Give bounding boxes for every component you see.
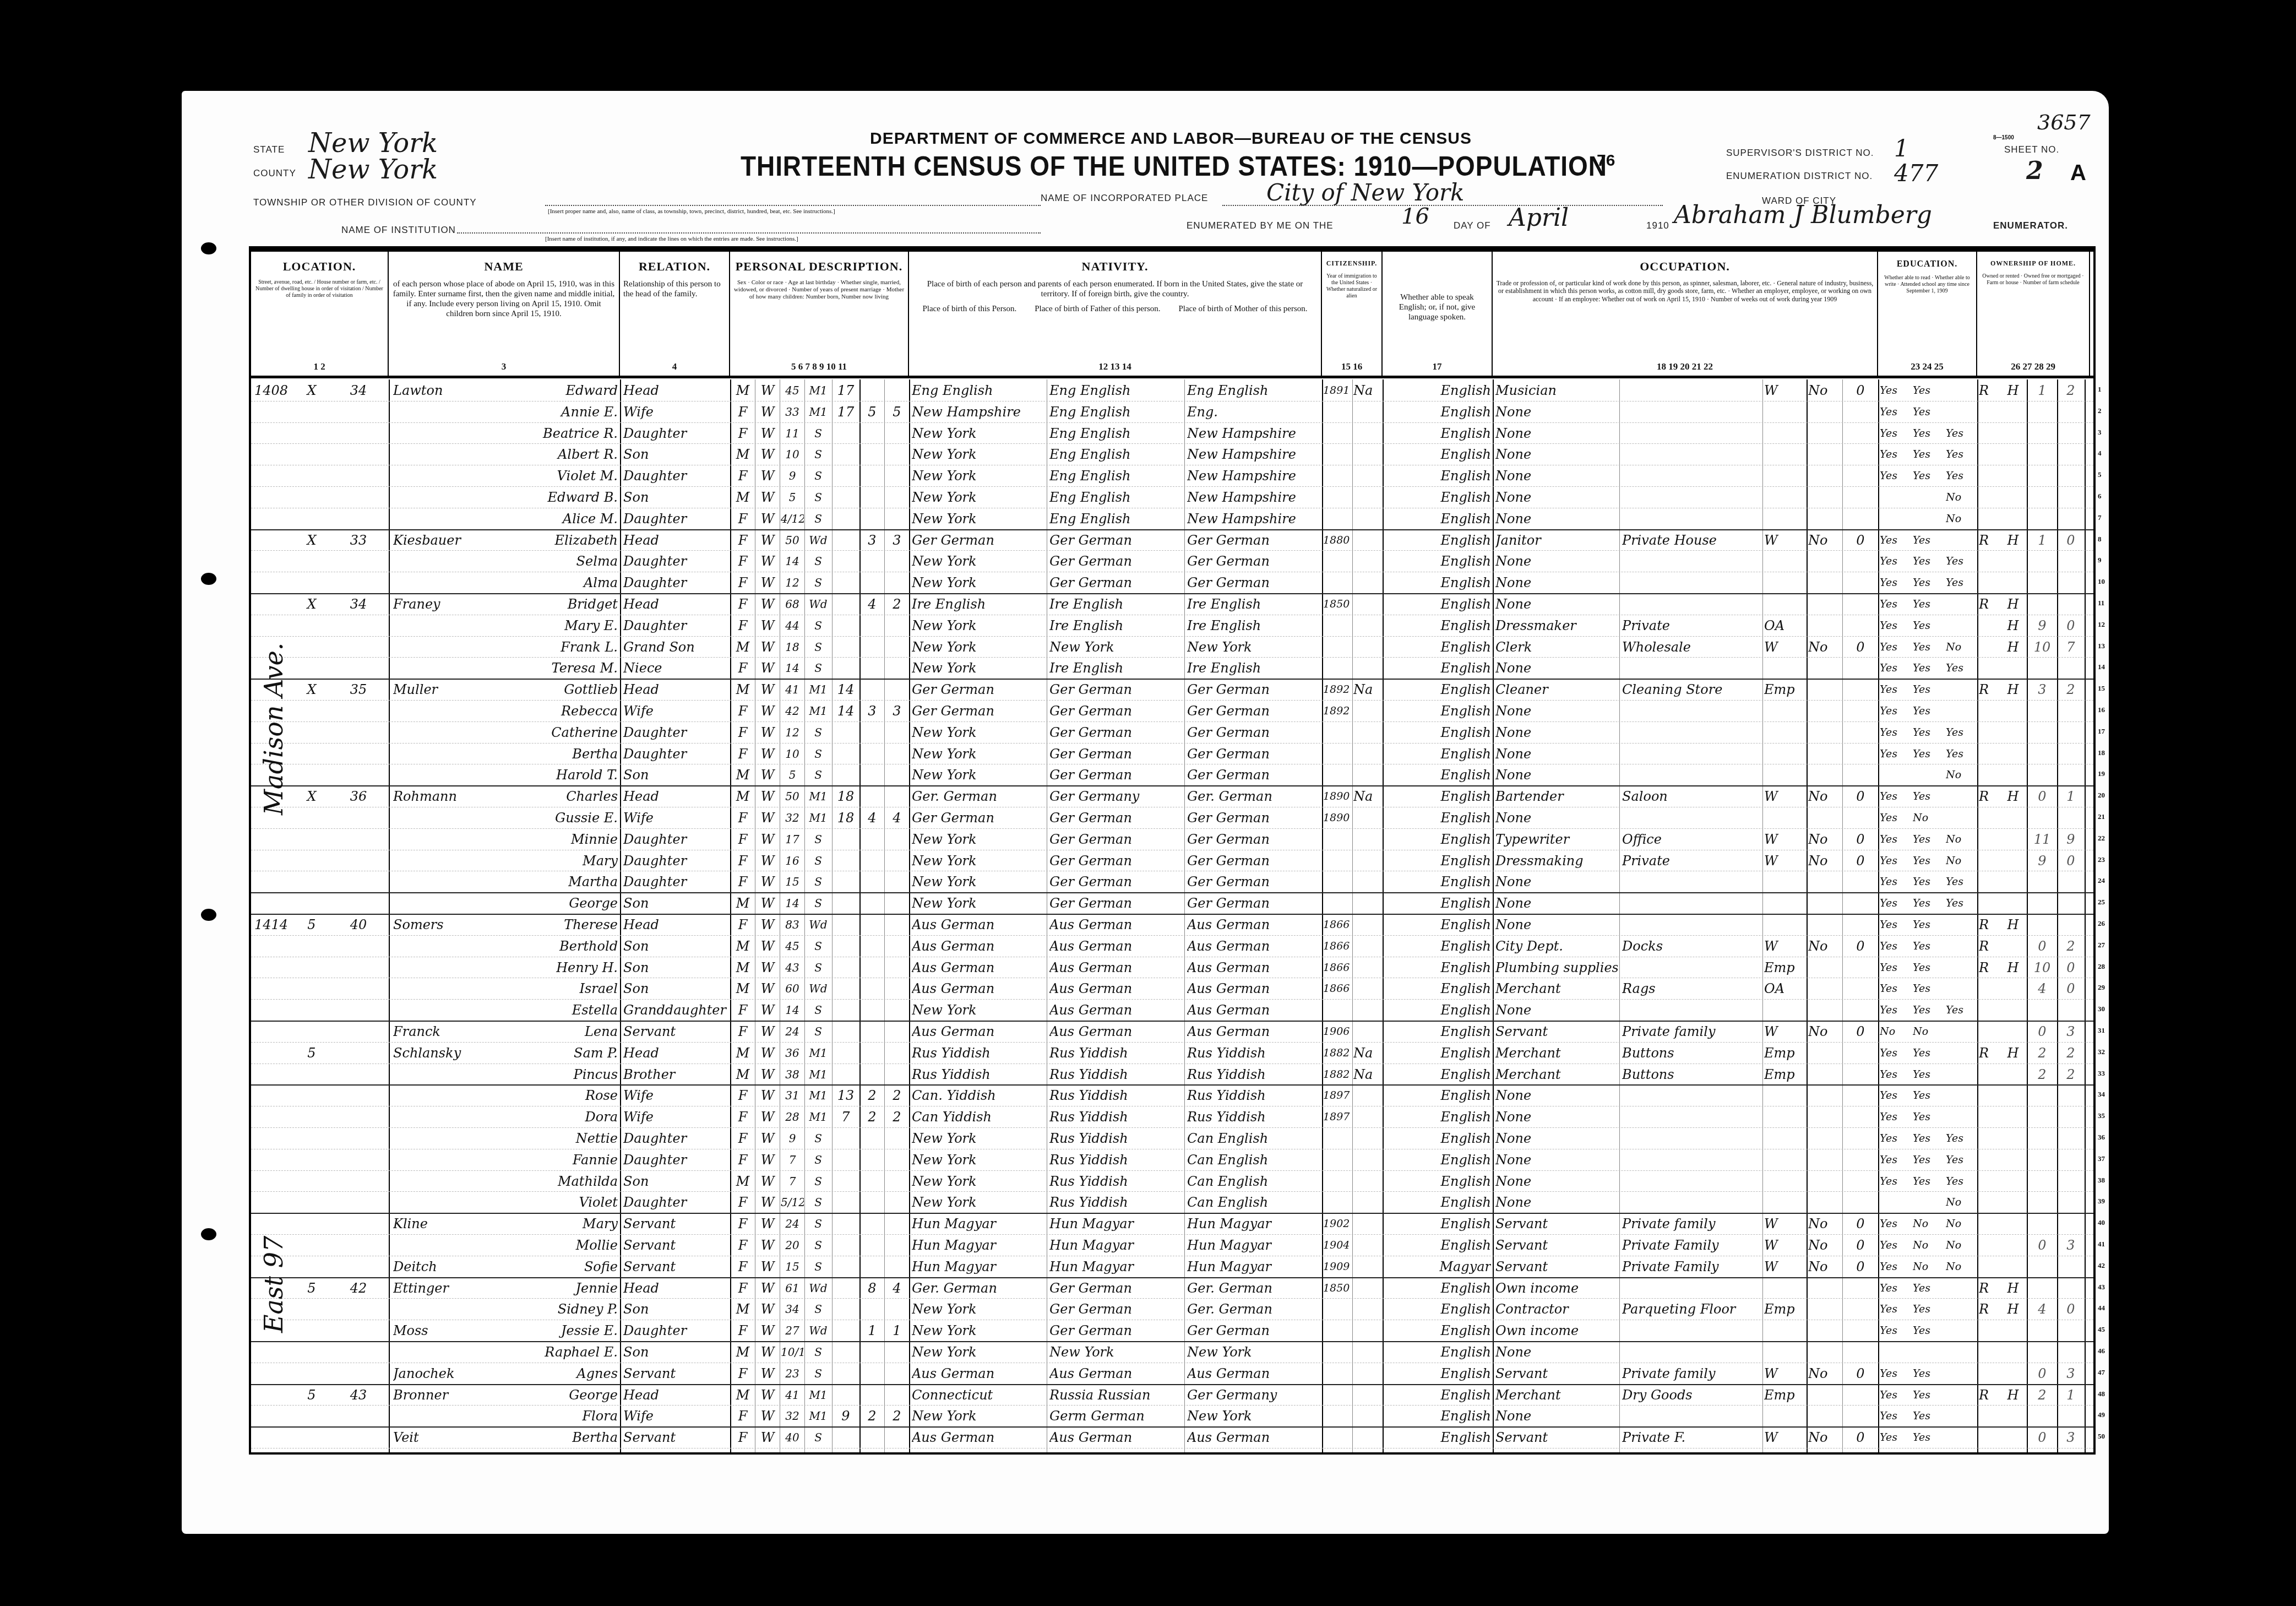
family-number <box>334 1300 383 1318</box>
owned-rented: R <box>1979 1044 1995 1062</box>
marital-status: S <box>806 1173 831 1190</box>
owned-rented <box>1979 574 1995 592</box>
given-name: Edward B. <box>478 489 618 506</box>
birthplace: Hun Magyar <box>912 1215 1045 1233</box>
immigration-year <box>1323 1193 1352 1211</box>
naturalization <box>1353 1300 1382 1318</box>
sheet-side: A <box>2070 161 2086 186</box>
line-number: 28 <box>2098 962 2105 971</box>
immigration-year <box>1323 467 1352 485</box>
code-29 <box>2028 1193 2056 1211</box>
given-name: Mary <box>478 1215 618 1233</box>
years-married: 9 <box>833 1407 858 1425</box>
check-mark-icon: ✓ <box>2114 631 2128 650</box>
dwelling-number <box>295 1215 328 1233</box>
industry: Private Family <box>1622 1258 1761 1276</box>
can-read: Yes <box>1880 446 1913 463</box>
employment-class <box>1764 1193 1805 1211</box>
mother-birthplace: Eng English <box>1187 382 1320 399</box>
birthplace: Aus German <box>912 937 1045 955</box>
weeks-out <box>1844 873 1877 891</box>
industry <box>1622 1279 1761 1297</box>
birthplace: Aus German <box>912 1429 1045 1446</box>
owned-rented <box>1979 1365 1995 1382</box>
sex: M <box>731 1343 754 1361</box>
marital-status: S <box>806 1130 831 1147</box>
language: English <box>1385 403 1491 421</box>
marital-status: S <box>806 959 831 976</box>
owned-rented <box>1979 724 1995 741</box>
weeks-out <box>1844 1386 1877 1404</box>
children-born <box>861 467 884 485</box>
farm-house <box>2002 1365 2024 1382</box>
children-born: 3 <box>861 702 884 720</box>
street-number <box>254 510 293 528</box>
weeks-out <box>1844 446 1877 463</box>
employment-class: Emp <box>1764 1386 1805 1404</box>
can-read: Yes <box>1880 1258 1913 1276</box>
years-married <box>833 1429 858 1446</box>
code-29: 9 <box>2028 852 2056 870</box>
given-name: Mary <box>478 852 618 870</box>
language: English <box>1385 1279 1491 1297</box>
naturalization <box>1353 1429 1382 1446</box>
language: English <box>1385 425 1491 442</box>
table-row: Franck Lena Servant F W 24 S Aus German … <box>251 1021 2093 1043</box>
table-row: Martha Daughter F W 15 S New York Ger Ge… <box>251 871 2093 893</box>
table-row: Albert R. Son M W 10 S New York Eng Engl… <box>251 443 2093 465</box>
table-row: 5 43 Bronner George Head M W 41 M1 Conne… <box>251 1384 2093 1406</box>
school: No <box>1946 638 1976 656</box>
school <box>1946 959 1976 976</box>
surname <box>393 617 476 634</box>
family-number: 36 <box>334 788 383 805</box>
owned-rented <box>1979 702 1995 720</box>
father-birthplace: Ger German <box>1049 1300 1183 1318</box>
out-of-work <box>1808 1151 1841 1169</box>
naturalization <box>1353 1001 1382 1019</box>
weeks-out: 0 <box>1844 1023 1877 1040</box>
weeks-out <box>1844 510 1877 528</box>
can-write: Yes <box>1913 1044 1946 1062</box>
can-read <box>1880 766 1913 784</box>
weeks-out <box>1844 1279 1877 1297</box>
given-name: Raphael E. <box>478 1343 618 1361</box>
years-married <box>833 980 858 997</box>
naturalization <box>1353 1343 1382 1361</box>
father-birthplace: Rus Yiddish <box>1049 1151 1183 1169</box>
code-29 <box>2028 1130 2056 1147</box>
surname: Janochek <box>393 1365 476 1382</box>
sex: F <box>731 702 754 720</box>
children-living: 2 <box>885 595 908 613</box>
code-30 <box>2058 552 2083 570</box>
children-born <box>861 1429 884 1446</box>
race: W <box>756 1001 779 1019</box>
code-30 <box>2058 1151 2083 1169</box>
weeks-out <box>1844 552 1877 570</box>
years-married <box>833 1343 858 1361</box>
father-birthplace: Hun Magyar <box>1049 1236 1183 1254</box>
relation: Daughter <box>623 1130 728 1147</box>
given-name: Sofie <box>478 1258 618 1276</box>
employment-class <box>1764 1108 1805 1126</box>
industry: Private family <box>1622 1023 1761 1040</box>
code-30: 7 <box>2058 638 2083 656</box>
farm-house <box>2002 467 2024 485</box>
surname <box>393 1407 476 1425</box>
street-number <box>254 403 293 421</box>
can-read: No <box>1880 1023 1913 1040</box>
surname <box>393 489 476 506</box>
immigration-year <box>1323 873 1352 891</box>
employment-class <box>1764 574 1805 592</box>
relation: Daughter <box>623 1322 728 1339</box>
code-30 <box>2058 1279 2083 1297</box>
family-number <box>334 702 383 720</box>
farm-house <box>2002 552 2024 570</box>
line-number: 44 <box>2098 1304 2105 1312</box>
surname <box>393 1108 476 1126</box>
children-living: 4 <box>885 1279 908 1297</box>
can-write: Yes <box>1913 1322 1946 1339</box>
immigration-year <box>1323 617 1352 634</box>
family-number <box>334 1429 383 1446</box>
employment-class <box>1764 595 1805 613</box>
surname <box>393 852 476 870</box>
code-29 <box>2028 1151 2056 1169</box>
marital-status: S <box>806 852 831 870</box>
table-row: 5 Schlansky Sam P. Head M W 36 M1 Rus Yi… <box>251 1042 2093 1064</box>
immigration-year <box>1323 831 1352 848</box>
weeks-out: 0 <box>1844 382 1877 399</box>
relation: Daughter <box>623 617 728 634</box>
marital-status: M1 <box>806 1407 831 1425</box>
can-write: Yes <box>1913 467 1946 485</box>
father-birthplace: Ger German <box>1049 552 1183 570</box>
birthplace: Can. Yiddish <box>912 1087 1045 1104</box>
father-birthplace: Hun Magyar <box>1049 1258 1183 1276</box>
marital-status: S <box>806 745 831 763</box>
code-30 <box>2058 1130 2083 1147</box>
race: W <box>756 1130 779 1147</box>
dwelling-number <box>295 959 328 976</box>
can-read <box>1880 1343 1913 1361</box>
can-write: No <box>1913 1023 1946 1040</box>
employment-class <box>1764 1343 1805 1361</box>
employment-class: W <box>1764 852 1805 870</box>
years-married <box>833 1215 858 1233</box>
code-30: 9 <box>2058 831 2083 848</box>
children-born: 5 <box>861 403 884 421</box>
age: 7 <box>781 1173 804 1190</box>
dwelling-number <box>295 1151 328 1169</box>
father-birthplace: Aus German <box>1049 1429 1183 1446</box>
line-number: 4 <box>2098 449 2102 458</box>
naturalization: Na <box>1353 1044 1382 1062</box>
out-of-work: No <box>1808 788 1841 805</box>
can-read: Yes <box>1880 659 1913 677</box>
naturalization <box>1353 1407 1382 1425</box>
industry: Wholesale <box>1622 638 1761 656</box>
farm-house: H <box>2002 1386 2024 1404</box>
industry <box>1622 1108 1761 1126</box>
mother-birthplace: New Hampshire <box>1187 489 1320 506</box>
given-name: Jessie E. <box>478 1322 618 1339</box>
enumerated-day: 16 <box>1401 204 1429 229</box>
sex: M <box>731 1044 754 1062</box>
check-mark-icon: ✓ <box>2114 908 2128 927</box>
family-number <box>334 1407 383 1425</box>
age: 16 <box>781 852 804 870</box>
owned-rented: R <box>1979 595 1995 613</box>
dwelling-number <box>295 1193 328 1211</box>
school <box>1946 1300 1976 1318</box>
birthplace: New York <box>912 489 1045 506</box>
sex: F <box>731 659 754 677</box>
children-living <box>885 382 908 399</box>
table-row: Rose Wife F W 31 M1 13 2 2 Can. Yiddish … <box>251 1084 2093 1106</box>
farm-house <box>2002 1151 2024 1169</box>
marital-status: Wd <box>806 980 831 997</box>
children-living <box>885 1215 908 1233</box>
line-number: 35 <box>2098 1111 2105 1120</box>
relation: Wife <box>623 809 728 827</box>
can-write: Yes <box>1913 638 1946 656</box>
naturalization <box>1353 916 1382 934</box>
language: English <box>1385 1386 1491 1404</box>
out-of-work: No <box>1808 531 1841 549</box>
trade: None <box>1495 574 1618 592</box>
farm-house <box>2002 659 2024 677</box>
age: 17 <box>781 831 804 848</box>
table-row: X 34 Franey Bridget Head F W 68 Wd 4 2 I… <box>251 593 2093 615</box>
years-married <box>833 1066 858 1083</box>
age: 5 <box>781 489 804 506</box>
years-married <box>833 467 858 485</box>
naturalization <box>1353 617 1382 634</box>
age: 68 <box>781 595 804 613</box>
marital-status: S <box>806 659 831 677</box>
industry <box>1622 809 1761 827</box>
given-name: George <box>478 894 618 912</box>
check-mark-icon: ✓ <box>2114 780 2128 799</box>
children-living <box>885 638 908 656</box>
children-born <box>861 724 884 741</box>
language: English <box>1385 1236 1491 1254</box>
race: W <box>756 1173 779 1190</box>
age: 32 <box>781 809 804 827</box>
given-name: Bertha <box>478 745 618 763</box>
race: W <box>756 916 779 934</box>
code-29: 9 <box>2028 617 2056 634</box>
out-of-work <box>1808 574 1841 592</box>
trade: None <box>1495 702 1618 720</box>
trade: None <box>1495 724 1618 741</box>
code-30: 3 <box>2058 1023 2083 1040</box>
relation: Niece <box>623 659 728 677</box>
employment-class <box>1764 1087 1805 1104</box>
marital-status: S <box>806 1151 831 1169</box>
employment-class: W <box>1764 831 1805 848</box>
institution-label: NAME OF INSTITUTION <box>341 225 456 236</box>
relation: Daughter <box>623 852 728 870</box>
immigration-year <box>1323 1130 1352 1147</box>
school <box>1946 595 1976 613</box>
age: 36 <box>781 1044 804 1062</box>
school: No <box>1946 831 1976 848</box>
school <box>1946 1365 1976 1382</box>
family-number <box>334 1001 383 1019</box>
children-living <box>885 489 908 506</box>
naturalization <box>1353 425 1382 442</box>
father-birthplace: Eng English <box>1049 425 1183 442</box>
sex: F <box>731 916 754 934</box>
dwelling-number <box>295 1365 328 1382</box>
weeks-out <box>1844 1322 1877 1339</box>
line-number: 20 <box>2098 791 2105 800</box>
sex: M <box>731 959 754 976</box>
surname <box>393 745 476 763</box>
naturalization: Na <box>1353 788 1382 805</box>
years-married <box>833 1386 858 1404</box>
table-row: Mary E. Daughter F W 44 S New York Ire E… <box>251 615 2093 637</box>
school: Yes <box>1946 1001 1976 1019</box>
mother-birthplace: Ger German <box>1187 681 1320 698</box>
age: 9 <box>781 467 804 485</box>
can-read: Yes <box>1880 1066 1913 1083</box>
immigration-year <box>1323 1343 1352 1361</box>
code-30 <box>2058 1407 2083 1425</box>
code-29 <box>2028 766 2056 784</box>
race: W <box>756 638 779 656</box>
naturalization: Na <box>1353 382 1382 399</box>
owned-rented <box>1979 1193 1995 1211</box>
school <box>1946 1044 1976 1062</box>
years-married <box>833 1151 858 1169</box>
given-name: Elizabeth <box>478 531 618 549</box>
weeks-out: 0 <box>1844 531 1877 549</box>
out-of-work <box>1808 1130 1841 1147</box>
can-write: No <box>1913 1215 1946 1233</box>
sex: M <box>731 489 754 506</box>
line-number: 18 <box>2098 748 2105 757</box>
employment-class: W <box>1764 1258 1805 1276</box>
trade: None <box>1495 446 1618 463</box>
owned-rented <box>1979 1087 1995 1104</box>
relation: Daughter <box>623 745 728 763</box>
years-married <box>833 617 858 634</box>
race: W <box>756 788 779 805</box>
employment-class <box>1764 745 1805 763</box>
birthplace: New York <box>912 1193 1045 1211</box>
naturalization <box>1353 467 1382 485</box>
can-read: Yes <box>1880 382 1913 399</box>
incorporated-place-value: City of New York <box>1266 179 1465 206</box>
dwelling-number: X <box>295 531 328 549</box>
immigration-year: 1904 <box>1323 1236 1352 1254</box>
dwelling-number: X <box>295 788 328 805</box>
immigration-year: 1866 <box>1323 937 1352 955</box>
race: W <box>756 852 779 870</box>
can-read: Yes <box>1880 1322 1913 1339</box>
code-29 <box>2028 467 2056 485</box>
code-30 <box>2058 574 2083 592</box>
race: W <box>756 467 779 485</box>
code-29: 10 <box>2028 638 2056 656</box>
school <box>1946 809 1976 827</box>
trade: Janitor <box>1495 531 1618 549</box>
can-write: Yes <box>1913 788 1946 805</box>
out-of-work: No <box>1808 1429 1841 1446</box>
mother-birthplace: Rus Yiddish <box>1187 1066 1320 1083</box>
dwelling-number: X <box>295 681 328 698</box>
given-name: George <box>478 1386 618 1404</box>
out-of-work <box>1808 1279 1841 1297</box>
age: 23 <box>781 1365 804 1382</box>
surname: Franey <box>393 595 476 613</box>
stamp-number: 3657 <box>2037 110 2091 134</box>
age: 14 <box>781 659 804 677</box>
sex: F <box>731 724 754 741</box>
language: Magyar <box>1385 1258 1491 1276</box>
column-personal-description: PERSONAL DESCRIPTION. Sex · Color or rac… <box>730 252 909 376</box>
naturalization <box>1353 1023 1382 1040</box>
given-name: Beatrice R. <box>478 425 618 442</box>
language: English <box>1385 1322 1491 1339</box>
family-number <box>334 1066 383 1083</box>
relation: Wife <box>623 1087 728 1104</box>
sex: F <box>731 852 754 870</box>
code-29 <box>2028 1343 2056 1361</box>
dwelling-number <box>295 1343 328 1361</box>
code-29 <box>2028 1279 2056 1297</box>
mother-birthplace: Ger German <box>1187 852 1320 870</box>
surname <box>393 1300 476 1318</box>
birthplace: Ger. German <box>912 1279 1045 1297</box>
language: English <box>1385 489 1491 506</box>
weeks-out: 0 <box>1844 638 1877 656</box>
column-occupation: OCCUPATION. Trade or profession of, or p… <box>1493 252 1878 376</box>
birthplace: New York <box>912 1407 1045 1425</box>
can-read: Yes <box>1880 788 1913 805</box>
marital-status: S <box>806 724 831 741</box>
code-29: 4 <box>2028 980 2056 997</box>
relation: Servant <box>623 1236 728 1254</box>
can-read: Yes <box>1880 809 1913 827</box>
immigration-year <box>1323 1173 1352 1190</box>
birthplace: New York <box>912 873 1045 891</box>
children-living: 1 <box>885 1322 908 1339</box>
marital-status: Wd <box>806 595 831 613</box>
out-of-work <box>1808 1066 1841 1083</box>
employment-class <box>1764 467 1805 485</box>
language: English <box>1385 809 1491 827</box>
birthplace: Ire English <box>912 595 1045 613</box>
table-row: X 35 Muller Gottlieb Head M W 41 M1 14 G… <box>251 679 2093 701</box>
immigration-year <box>1323 1407 1352 1425</box>
relation: Head <box>623 681 728 698</box>
can-read: Yes <box>1880 724 1913 741</box>
given-name: Violet M. <box>478 467 618 485</box>
children-born: 3 <box>861 531 884 549</box>
code-30: 0 <box>2058 531 2083 549</box>
street-number <box>254 852 293 870</box>
trade: Servant <box>1495 1236 1618 1254</box>
marital-status: S <box>806 1429 831 1446</box>
can-read: Yes <box>1880 980 1913 997</box>
naturalization <box>1353 638 1382 656</box>
